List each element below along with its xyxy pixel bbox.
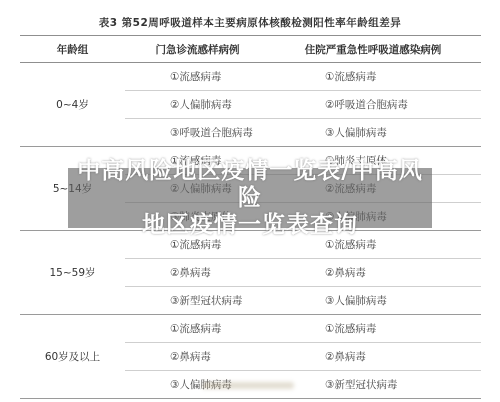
header-outpatient-cases: 门急诊流感样病例: [125, 42, 300, 57]
virus-cell: ①流感病毒: [125, 321, 300, 336]
virus-cell: ③新型冠状病毒: [300, 377, 481, 392]
rank-1-row: ①流感病毒 ①流感病毒: [125, 315, 481, 342]
virus-cell: ②鼻病毒: [300, 349, 481, 364]
age-label: 60岁及以上: [20, 315, 125, 398]
rank-3-row: ③新型冠状病毒 ③人偏肺病毒: [125, 286, 481, 314]
overlay-text-line2: 地区疫情一览表查询: [68, 212, 432, 239]
virus-cell: ①流感病毒: [300, 237, 481, 252]
watermark-smudge: [202, 382, 294, 389]
age-group-row-0-4: 0~4岁 ①流感病毒 ①流感病毒 ②人偏肺病毒 ②呼吸道合胞病毒 ③呼吸道合胞病…: [20, 63, 481, 147]
virus-cell: ①流感病毒: [125, 69, 300, 84]
virus-cell: ②鼻病毒: [125, 349, 300, 364]
rank-3-row: ③呼吸道合胞病毒 ③人偏肺病毒: [125, 118, 481, 146]
rank-2-row: ②人偏肺病毒 ②呼吸道合胞病毒: [125, 90, 481, 118]
virus-cell: ②人偏肺病毒: [125, 97, 300, 112]
virus-cell: ①流感病毒: [300, 321, 481, 336]
age-group-row-15-59: 15~59岁 ①流感病毒 ①流感病毒 ②鼻病毒 ②鼻病毒 ③新型冠状病毒 ③人偏…: [20, 231, 481, 315]
table-header-row: 年龄组 门急诊流感样病例 住院严重急性呼吸道感染病例: [20, 36, 481, 63]
virus-cell: ②鼻病毒: [125, 265, 300, 280]
virus-cell: ③新型冠状病毒: [125, 293, 300, 308]
virus-cell: ③人偏肺病毒: [300, 125, 481, 140]
overlay-text-line1: 中高风险地区疫情一览表/中高风险: [68, 158, 432, 212]
table-title: 表3 第52周呼吸道样本主要病原体核酸检测阳性率年龄组差异: [0, 15, 500, 30]
virus-cell: ③呼吸道合胞病毒: [125, 125, 300, 140]
header-hospitalized-cases: 住院严重急性呼吸道感染病例: [300, 42, 481, 57]
rank-1-row: ①流感病毒 ①流感病毒: [125, 63, 481, 90]
virus-cell: ③人偏肺病毒: [300, 293, 481, 308]
header-age-group: 年龄组: [20, 42, 125, 57]
age-label: 0~4岁: [20, 63, 125, 146]
rank-3-row: ③人偏肺病毒 ③新型冠状病毒: [125, 370, 481, 398]
rank-2-row: ②鼻病毒 ②鼻病毒: [125, 342, 481, 370]
virus-cell: ②呼吸道合胞病毒: [300, 97, 481, 112]
virus-cell: ②鼻病毒: [300, 265, 481, 280]
virus-cell: ①流感病毒: [300, 69, 481, 84]
age-label: 15~59岁: [20, 231, 125, 314]
rank-2-row: ②鼻病毒 ②鼻病毒: [125, 258, 481, 286]
virus-cell: ①流感病毒: [125, 237, 300, 252]
caption-overlay-banner: 中高风险地区疫情一览表/中高风险 地区疫情一览表查询: [68, 168, 432, 228]
